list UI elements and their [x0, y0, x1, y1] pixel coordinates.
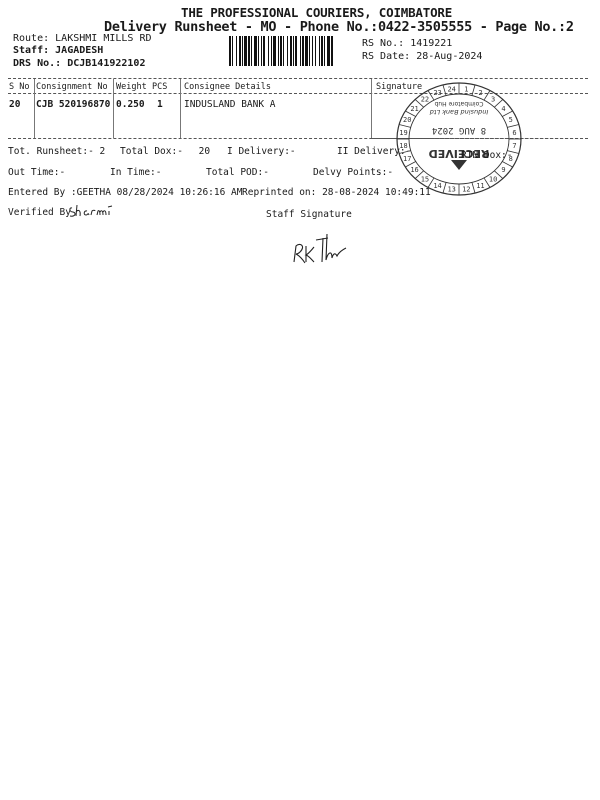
company-title: THE PROFESSIONAL COURIERS, COIMBATORE — [181, 5, 452, 20]
total-dox: Total Dox:- 20 — [120, 146, 210, 157]
column-header-consignee: Consignee Details — [184, 82, 271, 92]
column-header-sno: S No — [9, 82, 29, 92]
cell-consignee: INDUSLAND BANK A — [184, 99, 276, 110]
svg-text:1: 1 — [464, 85, 468, 93]
entered-by: Entered By :GEETHA 08/28/2024 10:26:16 A… — [8, 187, 243, 198]
rs-no-field: RS No.: 1419221 — [362, 38, 452, 49]
column-divider — [371, 79, 372, 138]
staff-label: Staff: — [13, 45, 49, 56]
staff-signature — [290, 232, 350, 270]
svg-text:2: 2 — [478, 89, 482, 97]
cell-consignment-no: CJB 520196870 — [36, 99, 110, 110]
rtn-dox-label: RTN Dox:- — [461, 150, 512, 161]
rs-date-label: RS Date: — [362, 51, 410, 62]
staff-signature-label: Staff Signature — [266, 209, 352, 220]
tot-runsheet-label: Tot. Runsheet:- — [8, 146, 94, 157]
rs-no-value: 1419221 — [410, 38, 452, 49]
cell-sno: 20 — [9, 99, 20, 110]
staff-field: Staff: JAGADESH — [13, 45, 103, 56]
barcode — [229, 36, 353, 66]
svg-text:Coimbatore Hub: Coimbatore Hub — [434, 100, 483, 107]
total-pod-label: Total POD:- — [206, 167, 269, 178]
svg-text:8 AUG 2024: 8 AUG 2024 — [432, 125, 486, 135]
verified-signature — [68, 204, 120, 224]
i-delivery-label: I Delivery:- — [227, 146, 296, 157]
delvy-points-label: Delvy Points:- — [313, 167, 393, 178]
svg-text:12: 12 — [462, 186, 470, 194]
drs-field: DRS No.: DCJB141922102 — [13, 58, 145, 69]
column-divider — [34, 79, 35, 138]
svg-text:10: 10 — [489, 176, 497, 184]
cell-weight: 0.250 — [116, 99, 145, 110]
svg-text:24: 24 — [447, 85, 455, 93]
rs-no-label: RS No.: — [362, 38, 404, 49]
received-stamp: 123456789101112131415161718192021222324 … — [393, 80, 525, 198]
column-divider — [180, 79, 181, 138]
svg-text:3: 3 — [491, 95, 495, 103]
svg-text:9: 9 — [501, 166, 505, 174]
runsheet-subtitle: Delivery Runsheet - MO - Phone No.:0422-… — [104, 19, 574, 35]
column-header-consignment: Consignment No — [36, 82, 108, 92]
total-dox-value: 20 — [199, 146, 210, 157]
route-field: Route: LAKSHMI MILLS RD — [13, 33, 151, 44]
svg-text:4: 4 — [501, 105, 505, 113]
rs-date-field: RS Date: 28-Aug-2024 — [362, 51, 482, 62]
svg-text:14: 14 — [433, 182, 441, 190]
tot-runsheet-value: 2 — [100, 146, 106, 157]
cell-pcs: 1 — [157, 99, 163, 110]
svg-text:5: 5 — [509, 116, 513, 124]
svg-text:6: 6 — [512, 129, 516, 137]
drs-label: DRS No.: — [13, 58, 61, 69]
staff-value: JAGADESH — [55, 45, 103, 56]
svg-text:Indusind Bank Ltd: Indusind Bank Ltd — [429, 108, 488, 116]
svg-text:16: 16 — [410, 166, 418, 174]
drs-value: DCJB141922102 — [67, 58, 145, 69]
out-time-label: Out Time:- — [8, 167, 65, 178]
column-header-weight: Weight — [116, 82, 147, 92]
svg-text:7: 7 — [512, 142, 516, 150]
svg-text:18: 18 — [399, 142, 407, 150]
svg-text:13: 13 — [447, 186, 455, 194]
rs-date-value: 28-Aug-2024 — [416, 51, 482, 62]
route-label: Route: — [13, 33, 49, 44]
svg-text:23: 23 — [433, 89, 441, 97]
barcode-space — [333, 36, 334, 66]
in-time-label: In Time:- — [110, 167, 161, 178]
column-header-pcs: PCS — [152, 82, 167, 92]
svg-text:17: 17 — [403, 155, 411, 163]
column-divider — [113, 79, 114, 138]
svg-text:11: 11 — [476, 182, 484, 190]
tot-runsheet: Tot. Runsheet:- 2 — [8, 146, 105, 157]
verified-by-label: Verified By — [8, 207, 71, 218]
table-top-rule — [8, 78, 588, 79]
total-dox-label: Total Dox:- — [120, 146, 183, 157]
svg-text:15: 15 — [421, 176, 429, 184]
route-value: LAKSHMI MILLS RD — [55, 33, 151, 44]
svg-text:22: 22 — [421, 95, 429, 103]
svg-text:19: 19 — [399, 129, 407, 137]
svg-text:20: 20 — [403, 116, 411, 124]
svg-text:21: 21 — [410, 105, 418, 113]
